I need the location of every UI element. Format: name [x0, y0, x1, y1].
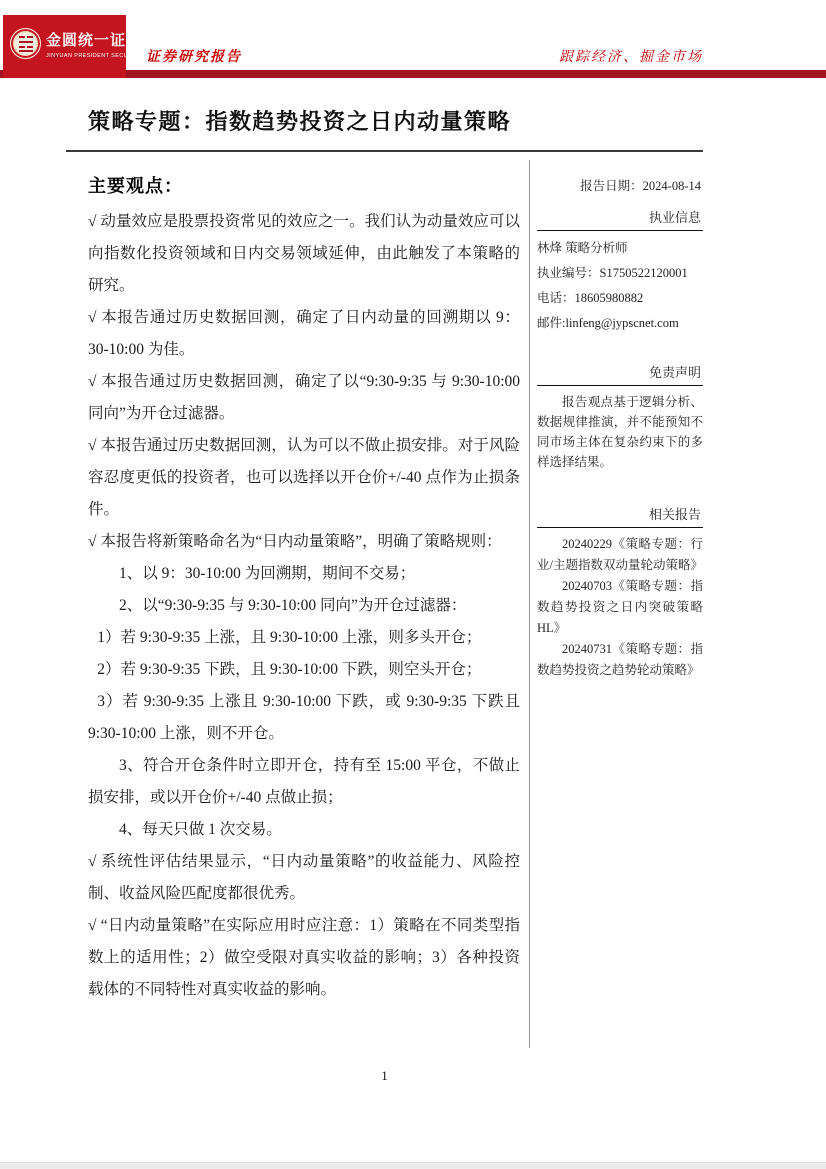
disclaimer-heading: 免责声明	[537, 362, 703, 386]
related-report-item: 20240731《策略专题：指数趋势投资之趋势轮动策略》	[537, 639, 703, 681]
disclaimer-text: 报告观点基于逻辑分析、数据规律推演，并不能预知不同市场主体在复杂约束下的多样选择…	[537, 392, 703, 472]
strategy-rule: 1、以 9：30-10:00 为回溯期，期间不交易；	[88, 558, 520, 590]
viewpoint-paragraph: √ 本报告通过历史数据回测，确定了以“9:30-9:35 与 9:30-10:0…	[88, 366, 520, 430]
related-reports-section: 相关报告 20240229《策略专题：行业/主题指数双动量轮动策略》 20240…	[537, 504, 703, 681]
viewpoint-paragraph: √ 本报告将新策略命名为“日内动量策略”，明确了策略规则：	[88, 526, 520, 558]
brand-name-en: JINYUAN PRESIDENT SECURITIES	[46, 53, 148, 59]
analyst-email: 邮件:linfeng@jypscnet.com	[537, 311, 703, 336]
strategy-rule: 3、符合开仓条件时立即开仓，持有至 15:00 平仓，不做止损安排，或以开仓价+…	[88, 750, 520, 814]
main-viewpoints: 主要观点： √ 动量效应是股票投资常见的效应之一。我们认为动量效应可以向指数化投…	[88, 172, 520, 1006]
strategy-rule-case: 2）若 9:30-9:35 下跌，且 9:30-10:00 下跌，则空头开仓；	[88, 654, 520, 686]
brand-name-cn: 金圆统一证券	[46, 29, 148, 50]
brand-seal-icon	[10, 28, 41, 59]
analyst-name: 林烽 策略分析师	[537, 236, 703, 261]
viewpoint-paragraph: √ 动量效应是股票投资常见的效应之一。我们认为动量效应可以向指数化投资领域和日内…	[88, 206, 520, 302]
related-report-item: 20240703《策略专题：指数趋势投资之日内突破策略HL》	[537, 576, 703, 639]
strategy-rule: 2、以“9:30-9:35 与 9:30-10:00 同向”为开仓过滤器：	[88, 590, 520, 622]
strategy-rule: 4、每天只做 1 次交易。	[88, 814, 520, 846]
practice-info-lines: 林烽 策略分析师 执业编号：S1750522120001 电话：18605980…	[537, 236, 703, 336]
title-underline	[66, 150, 703, 152]
related-reports-heading: 相关报告	[537, 504, 703, 528]
viewpoints-heading: 主要观点：	[88, 172, 520, 198]
practice-info-section: 执业信息 林烽 策略分析师 执业编号：S1750522120001 电话：186…	[537, 207, 703, 336]
page-bottom-edge	[0, 1162, 826, 1169]
brand-logo: 金圆统一证券 JINYUAN PRESIDENT SECURITIES	[3, 15, 126, 78]
disclaimer-section: 免责声明 报告观点基于逻辑分析、数据规律推演，并不能预知不同市场主体在复杂约束下…	[537, 362, 703, 472]
viewpoint-paragraph: √ 本报告通过历史数据回测，认为可以不做止损安排。对于风险容忍度更低的投资者，也…	[88, 430, 520, 526]
report-page: 金圆统一证券 JINYUAN PRESIDENT SECURITIES 证券研究…	[0, 0, 826, 1169]
strategy-rule-case: 3）若 9:30-9:35 上涨且 9:30-10:00 下跌，或 9:30-9…	[88, 686, 520, 750]
page-number: 1	[66, 1068, 703, 1084]
analyst-license-no: 执业编号：S1750522120001	[537, 261, 703, 286]
column-divider	[529, 160, 530, 1048]
brand-text: 金圆统一证券 JINYUAN PRESIDENT SECURITIES	[46, 29, 148, 59]
report-type-label: 证券研究报告	[146, 46, 242, 66]
viewpoint-paragraph: √ 本报告通过历史数据回测，确定了日内动量的回溯期以 9：30-10:00 为佳…	[88, 302, 520, 366]
viewpoint-paragraph: √ 系统性评估结果显示，“日内动量策略”的收益能力、风险控制、收益风险匹配度都很…	[88, 846, 520, 910]
analyst-phone: 电话：18605980882	[537, 286, 703, 311]
viewpoint-paragraph: √ “日内动量策略”在实际应用时应注意：1）策略在不同类型指数上的适用性；2）做…	[88, 910, 520, 1006]
strategy-rule-case: 1）若 9:30-9:35 上涨，且 9:30-10:00 上涨，则多头开仓；	[88, 622, 520, 654]
related-reports-list: 20240229《策略专题：行业/主题指数双动量轮动策略》 20240703《策…	[537, 534, 703, 681]
header-slogan: 跟踪经济、掘金市场	[559, 46, 703, 66]
practice-info-heading: 执业信息	[537, 207, 703, 231]
report-date: 报告日期：2024-08-14	[537, 176, 703, 194]
page-title: 策略专题：指数趋势投资之日内动量策略	[88, 105, 708, 136]
report-sidebar: 报告日期：2024-08-14 执业信息 林烽 策略分析师 执业编号：S1750…	[537, 176, 703, 681]
related-report-item: 20240229《策略专题：行业/主题指数双动量轮动策略》	[537, 534, 703, 576]
